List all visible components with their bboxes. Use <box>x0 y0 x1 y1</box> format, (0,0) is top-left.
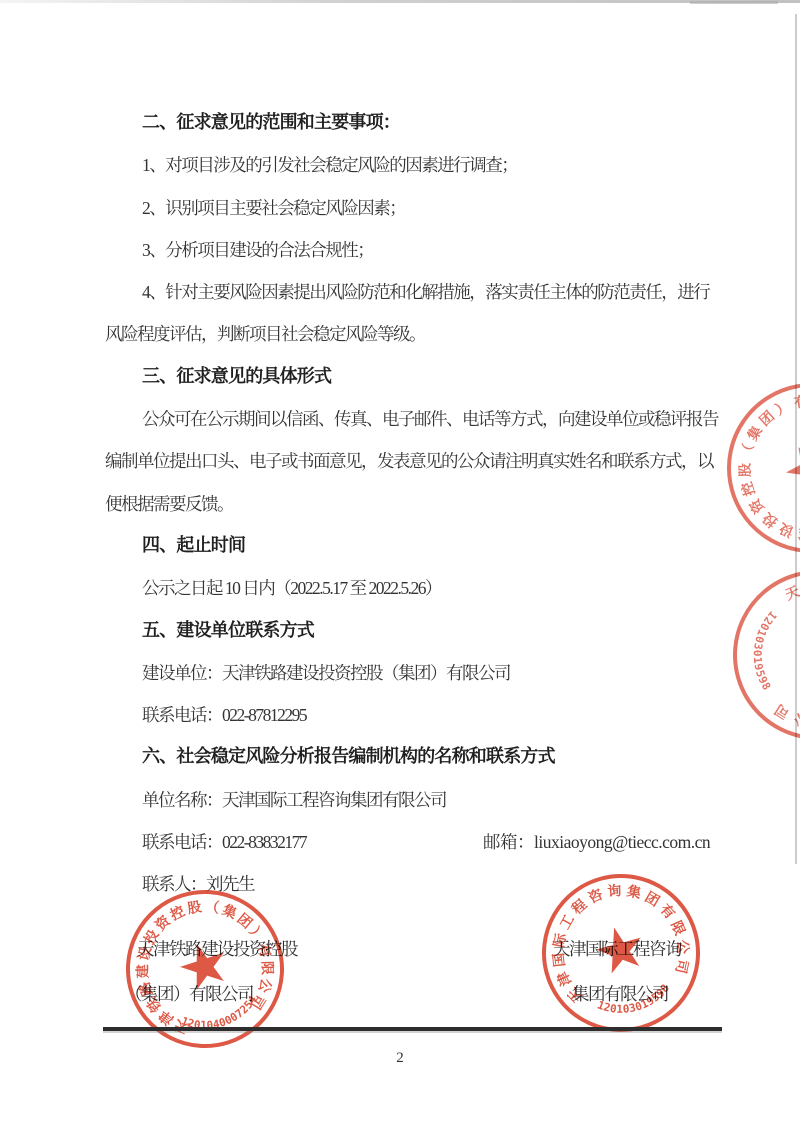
document-line: 编制单位提出口头、电子或书面意见，发表意见的公众请注明真实姓名和联系方式，以 <box>105 440 745 482</box>
scan-edge-top <box>0 0 800 3</box>
line-text: 3、分析项目建设的合法合规性； <box>142 240 373 260</box>
seal-char: 司 <box>669 954 693 978</box>
section-heading: 六、社会稳定风险分析报告编制机构的名称和联系方式 <box>105 736 745 778</box>
section-heading: 五、建设单位联系方式 <box>105 610 745 652</box>
document-line: 联系电话：022-83832177邮箱：liuxiaoyong@tiecc.co… <box>105 821 745 863</box>
page-number: 2 <box>0 1050 800 1067</box>
document-line: 公众可在公示期间以信函、传真、电子邮件、电话等方式，向建设单位或稳评报告 <box>105 398 745 440</box>
line-text: 2、识别项目主要社会稳定风险因素； <box>142 198 405 218</box>
line-text: 编制单位提出口头、电子或书面意见，发表意见的公众请注明真实姓名和联系方式，以 <box>105 451 713 471</box>
scan-edge-top-right <box>690 1 778 4</box>
document-line: 2、识别项目主要社会稳定风险因素； <box>105 187 745 229</box>
footer-rule <box>103 1027 722 1031</box>
document-line: 4、针对主要风险因素提出风险防范和化解措施，落实责任主体的防范责任，进行 <box>105 271 745 313</box>
line-text: 联系电话：022-83832177 <box>142 832 306 852</box>
document-line: 单位名称：天津国际工程咨询集团有限公司 <box>105 779 745 821</box>
document-line: 1、对项目涉及的引发社会稳定风险的因素进行调查； <box>105 144 745 186</box>
section-heading: 四、起止时间 <box>105 525 745 567</box>
line-text: 公示之日起 10 日内（2022.5.17 至 2022.5.26） <box>142 578 441 598</box>
line-text: 4、针对主要风险因素提出风险防范和化解措施，落实责任主体的防范责任，进行 <box>142 282 709 302</box>
star-icon: ★ <box>789 626 800 685</box>
section-heading: 二、征求意见的范围和主要事项： <box>105 102 745 144</box>
document-line: 便根据需要反馈。 <box>105 483 745 525</box>
line-text: 六、社会稳定风险分析报告编制机构的名称和联系方式 <box>142 746 555 767</box>
document-line: 公示之日起 10 日内（2022.5.17 至 2022.5.26） <box>105 567 745 609</box>
line-text: 建设单位：天津铁路建设投资控股（集团）有限公司 <box>142 663 510 683</box>
document-line: 联系电话：022-87812295 <box>105 694 745 736</box>
line-text: 1、对项目涉及的引发社会稳定风险的因素进行调查； <box>142 155 517 175</box>
line-text: 五、建设单位联系方式 <box>142 620 314 641</box>
line-text: 四、起止时间 <box>142 535 245 556</box>
line-text: 便根据需要反馈。 <box>105 494 233 514</box>
line-text: 联系电话：022-87812295 <box>142 705 306 725</box>
section-heading: 三、征求意见的具体形式 <box>105 356 745 398</box>
document-line: 3、分析项目建设的合法合规性； <box>105 229 745 271</box>
document-line: 风险程度评估，判断项目社会稳定风险等级。 <box>105 313 745 355</box>
line-text: 三、征求意见的具体形式 <box>142 366 331 387</box>
line-text: 公众可在公示期间以信函、传真、电子邮件、电话等方式，向建设单位或稳评报告 <box>142 409 718 429</box>
line-text: 风险程度评估，判断项目社会稳定风险等级。 <box>105 324 425 344</box>
scanned-document-page: { "page": { "number": "2" }, "document":… <box>0 0 800 1131</box>
document-line: 建设单位：天津铁路建设投资控股（集团）有限公司 <box>105 652 745 694</box>
document-body: 二、征求意见的范围和主要事项：1、对项目涉及的引发社会稳定风险的因素进行调查；2… <box>105 102 745 906</box>
line-text: 二、征求意见的范围和主要事项： <box>142 112 400 133</box>
line-text: 单位名称：天津国际工程咨询集团有限公司 <box>142 790 446 810</box>
star-icon: ★ <box>775 437 800 500</box>
